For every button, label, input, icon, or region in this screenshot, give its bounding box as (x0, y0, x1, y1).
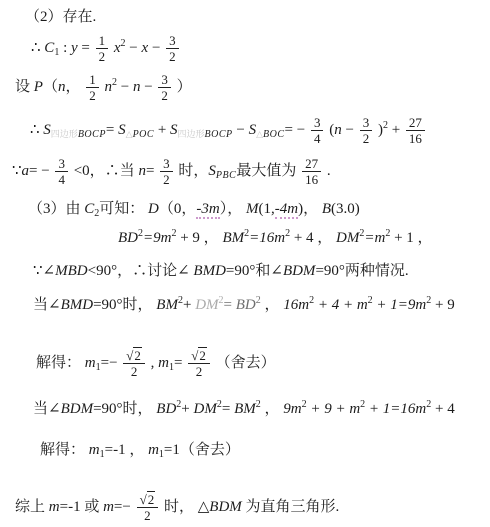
faint-area-label: 四边形 (51, 129, 78, 139)
text-segment: 解得： (40, 442, 89, 458)
superscript-2: 2 (359, 228, 364, 239)
math-segment: n (104, 79, 112, 95)
text-segment: 时， (178, 163, 208, 179)
subscript: BOC (263, 129, 285, 140)
sqrt-fraction: √22 (137, 492, 159, 523)
superscript-2: 2 (383, 120, 388, 131)
math-segment: C (84, 201, 94, 217)
math-segment: n (138, 163, 146, 179)
math-segment: n (334, 122, 342, 138)
fraction-numerator: √2 (188, 348, 210, 364)
subscript: PBC (216, 170, 236, 181)
fraction-denominator: 2 (360, 131, 373, 146)
text-segment: + 9 (431, 297, 454, 313)
fraction-numerator: 3 (311, 115, 324, 131)
math-segment: S (43, 122, 51, 138)
text-segment: =90°两种情况. (315, 263, 408, 279)
math-segment: y (71, 40, 78, 56)
math-segment: BDM (61, 401, 94, 417)
math-segment: BDM (209, 499, 242, 515)
text-segment: )， (298, 201, 318, 217)
text-segment: − (233, 122, 249, 138)
math-segment: m (103, 499, 114, 515)
text-segment: =1（舍去） (164, 442, 240, 458)
math-segment: + 1=16m (365, 401, 426, 417)
math-segment: D (148, 201, 159, 217)
text-segment: 设 (15, 79, 34, 95)
text-segment: 为直角三角形. (242, 499, 340, 515)
text-segment: （0， (159, 201, 197, 217)
fraction-denominator: 2 (86, 88, 99, 103)
faded-superscript-2: 2 (219, 295, 224, 306)
superscript-2: 2 (121, 38, 126, 49)
sqrt-fraction: √22 (188, 348, 210, 379)
fraction-numerator: √2 (137, 492, 159, 508)
therefore-symbol: ∴ (31, 40, 41, 56)
text-segment: =-1 或 (60, 499, 103, 515)
radicand: 2 (198, 347, 207, 363)
text-segment: + 4 ， (290, 230, 332, 246)
line-part3-points: （3）由 C2可知： D（0，-3m）， M(1,-4m)， B(3.0) (28, 199, 360, 221)
fraction-numerator: √2 (123, 348, 145, 364)
fraction-numerator: 3 (360, 115, 373, 131)
text-segment: + 1 ， (390, 230, 432, 246)
subscript: 1 (96, 362, 101, 373)
sqrt-fraction: √22 (123, 348, 145, 379)
text-segment: （ (43, 79, 58, 95)
math-segment: BMD (193, 263, 226, 279)
line-case-discussion: ∵∠MBD<90°，∴讨论∠ BMD=90°和∠BDM=90°两种情况. (33, 261, 409, 281)
faint-triangle-label: △ (256, 129, 263, 139)
because-symbol: ∵ (12, 163, 22, 179)
math-segment: S (118, 122, 126, 138)
subscript: 1 (169, 362, 174, 373)
text-segment: =− (114, 499, 135, 515)
text-segment: (1, (259, 201, 275, 217)
fraction-denominator: 4 (55, 172, 68, 187)
text-segment: − (129, 40, 141, 56)
text-segment: = (146, 163, 154, 179)
line-squared-distances: BD2=9m2 + 9 ， BM2=16m2 + 4 ， DM2=m2 + 1 … (118, 228, 433, 250)
superscript-2: 2 (244, 228, 249, 239)
fraction-denominator: 2 (166, 49, 179, 64)
radicand: 2 (133, 347, 142, 363)
math-segment: =9m (143, 230, 171, 246)
document-page: { "page": {"background": "#ffffff", "tex… (0, 0, 490, 527)
text-segment: + 9 ， (176, 230, 218, 246)
text-segment: =-1 ， (105, 442, 145, 458)
superscript-2: 2 (385, 228, 390, 239)
subscript: 1 (100, 449, 105, 460)
text-segment: + 4 (431, 401, 454, 417)
fraction-denominator: 16 (302, 172, 321, 187)
text-segment: （舍去） (216, 355, 276, 371)
text-segment: = − (285, 122, 306, 138)
fraction-numerator: 27 (302, 156, 321, 172)
text-segment: − (342, 122, 358, 138)
math-segment: BM (234, 401, 256, 417)
superscript-2: 2 (112, 77, 117, 88)
fraction-numerator: 3 (55, 156, 68, 172)
fraction: 34 (311, 115, 324, 146)
text-segment: − (148, 40, 164, 56)
math-segment: BM (222, 230, 244, 246)
line-part2-exists: （2）存在. (25, 7, 96, 27)
text-segment: = (222, 401, 234, 417)
math-segment: C (44, 40, 54, 56)
text-segment: 综上 (15, 499, 49, 515)
faded-math-segment: DM (195, 297, 218, 313)
subscript: BOCP (78, 129, 106, 140)
therefore-symbol: ∴ (30, 122, 43, 138)
subscript: 1 (54, 47, 59, 58)
superscript-2: 2 (217, 399, 222, 410)
text-segment: （2）存在. (25, 9, 96, 25)
text-segment: = (174, 355, 182, 371)
math-segment: BD (156, 401, 176, 417)
math-segment: BM (156, 297, 178, 313)
text-segment: 解得： (36, 355, 85, 371)
superscript-2: 2 (302, 399, 307, 410)
superscript-2: 2 (360, 399, 365, 410)
fraction: 12 (96, 33, 109, 64)
fraction-numerator: 3 (166, 33, 179, 49)
text-segment: (3.0) (331, 201, 360, 217)
math-segment: + 4 + m (314, 297, 368, 313)
math-segment: P (34, 79, 43, 95)
text-segment: 最大值为 (236, 163, 300, 179)
subscript: BOCP (205, 129, 233, 140)
text-segment: + (183, 297, 195, 313)
fraction-denominator: 4 (311, 131, 324, 146)
math-segment: BDM (283, 263, 316, 279)
math-segment: S (208, 163, 216, 179)
fraction-denominator: 2 (123, 364, 145, 379)
line-conclusion: 综上 m=-1 或 m=− √22 时， △BDM 为直角三角形. (15, 492, 339, 523)
line-solution-m-sqrt: 解得： m1=− √22 , m1= √22 （舍去） (36, 348, 276, 379)
line-point-p-definition: 设 P（n， 12 n2 − n − 32 ） (15, 72, 192, 103)
text-segment: <0，∴当 (74, 163, 139, 179)
superscript-2: 2 (171, 228, 176, 239)
math-segment: 9m (283, 401, 301, 417)
text-segment: + (388, 122, 404, 138)
text-segment: ， (264, 401, 283, 417)
text-segment: =− (101, 355, 122, 371)
text-segment: ） (177, 79, 192, 95)
spellcheck-underlined-term: -4m (275, 201, 298, 219)
math-segment: =16m (249, 230, 285, 246)
math-segment: MBD (55, 263, 88, 279)
fraction: 32 (166, 33, 179, 64)
math-segment: 16m (283, 297, 309, 313)
superscript-2: 2 (138, 228, 143, 239)
faded-superscript-2: 2 (256, 295, 261, 306)
math-segment: + 1=9m (373, 297, 427, 313)
radicand: 2 (147, 491, 156, 507)
fraction-denominator: 2 (96, 49, 109, 64)
text-segment: 当∠ (33, 297, 61, 313)
superscript-2: 2 (309, 295, 314, 306)
fraction: 32 (160, 156, 173, 187)
superscript-2: 2 (256, 399, 261, 410)
math-segment: + 9 + m (307, 401, 361, 417)
math-segment: DM (194, 401, 217, 417)
line-c1-equation: ∴ C1 : y = 12 x2 − x − 32 (31, 33, 181, 64)
text-segment: + (181, 401, 193, 417)
faded-text-segment: = (224, 297, 236, 313)
fraction: 2716 (406, 115, 425, 146)
math-segment: BD (118, 230, 138, 246)
superscript-2: 2 (176, 399, 181, 410)
superscript-2: 2 (426, 399, 431, 410)
superscript-2: 2 (426, 295, 431, 306)
math-segment: S (170, 122, 178, 138)
subscript: POC (133, 129, 155, 140)
fraction-denominator: 2 (160, 172, 173, 187)
text-segment: 当∠ (33, 401, 61, 417)
fraction: 34 (55, 156, 68, 187)
text-segment: =90°和∠ (226, 263, 283, 279)
text-segment: =90°时， (93, 401, 156, 417)
math-segment: x (114, 40, 121, 56)
subscript: 1 (159, 449, 164, 460)
fraction-denominator: 2 (137, 508, 159, 523)
spellcheck-underlined-term: -3m (196, 201, 219, 219)
fraction-denominator: 16 (406, 131, 425, 146)
fraction-denominator: 2 (188, 364, 210, 379)
text-segment: （3）由 (28, 201, 84, 217)
superscript-2: 2 (368, 295, 373, 306)
fraction-numerator: 3 (160, 156, 173, 172)
text-segment: ）， (220, 201, 243, 217)
text-segment: 可知： (99, 201, 148, 217)
fraction: 12 (86, 72, 99, 103)
fraction-numerator: 3 (158, 72, 171, 88)
text-segment: ， (264, 297, 283, 313)
faded-math-segment: BD (236, 297, 256, 313)
text-segment: = − (29, 163, 50, 179)
fraction-numerator: 1 (96, 33, 109, 49)
math-segment: m (85, 355, 96, 371)
math-segment: m (49, 499, 60, 515)
math-segment: DM (336, 230, 359, 246)
text-segment: − (140, 79, 156, 95)
superscript-2: 2 (285, 228, 290, 239)
faint-triangle-label: △ (126, 129, 133, 139)
line-solution-m-1: 解得： m1=-1 ， m1=1（舍去） (40, 440, 240, 462)
text-segment: : (59, 40, 71, 56)
math-segment: BMD (61, 297, 94, 313)
math-segment: B (322, 201, 331, 217)
math-segment: m (158, 355, 169, 371)
line-area-equation: ∴ S四边形BOCP= S△POC + S四边形BOCP − S△BOC= − … (30, 115, 427, 146)
fraction-numerator: 1 (86, 72, 99, 88)
superscript-2: 2 (178, 295, 183, 306)
text-segment: . (327, 163, 331, 179)
text-segment: = (106, 122, 118, 138)
text-segment: = (78, 40, 94, 56)
math-segment: S (249, 122, 257, 138)
math-segment: =m (364, 230, 385, 246)
math-segment: m (89, 442, 100, 458)
radical-sign: √ (140, 492, 147, 507)
line-case-bmd-90: 当∠BMD=90°时， BM2+ DM2= BD2 ， 16m2 + 4 + m… (33, 295, 455, 317)
text-segment: ， (65, 79, 80, 95)
text-segment: + (154, 122, 170, 138)
math-segment: M (246, 201, 259, 217)
line-case-bdm-90: 当∠BDM=90°时， BD2+ DM2= BM2 ， 9m2 + 9 + m2… (33, 399, 455, 421)
fraction: 2716 (302, 156, 321, 187)
text-segment: − (121, 79, 133, 95)
text-segment: <90°，∴讨论∠ (88, 263, 190, 279)
text-segment: =90°时， (93, 297, 156, 313)
text-segment: 时， △ (164, 499, 209, 515)
fraction-numerator: 27 (406, 115, 425, 131)
fraction: 32 (360, 115, 373, 146)
fraction-denominator: 2 (158, 88, 171, 103)
faint-area-label: 四边形 (178, 129, 205, 139)
because-angle-symbol: ∵∠ (33, 263, 55, 279)
math-segment: a (22, 163, 30, 179)
subscript: 2 (94, 208, 99, 219)
math-segment: m (148, 442, 159, 458)
fraction: 32 (158, 72, 171, 103)
line-max-value: ∵a= − 34 <0，∴当 n= 32 时，SPBC最大值为 2716 . (12, 156, 331, 187)
